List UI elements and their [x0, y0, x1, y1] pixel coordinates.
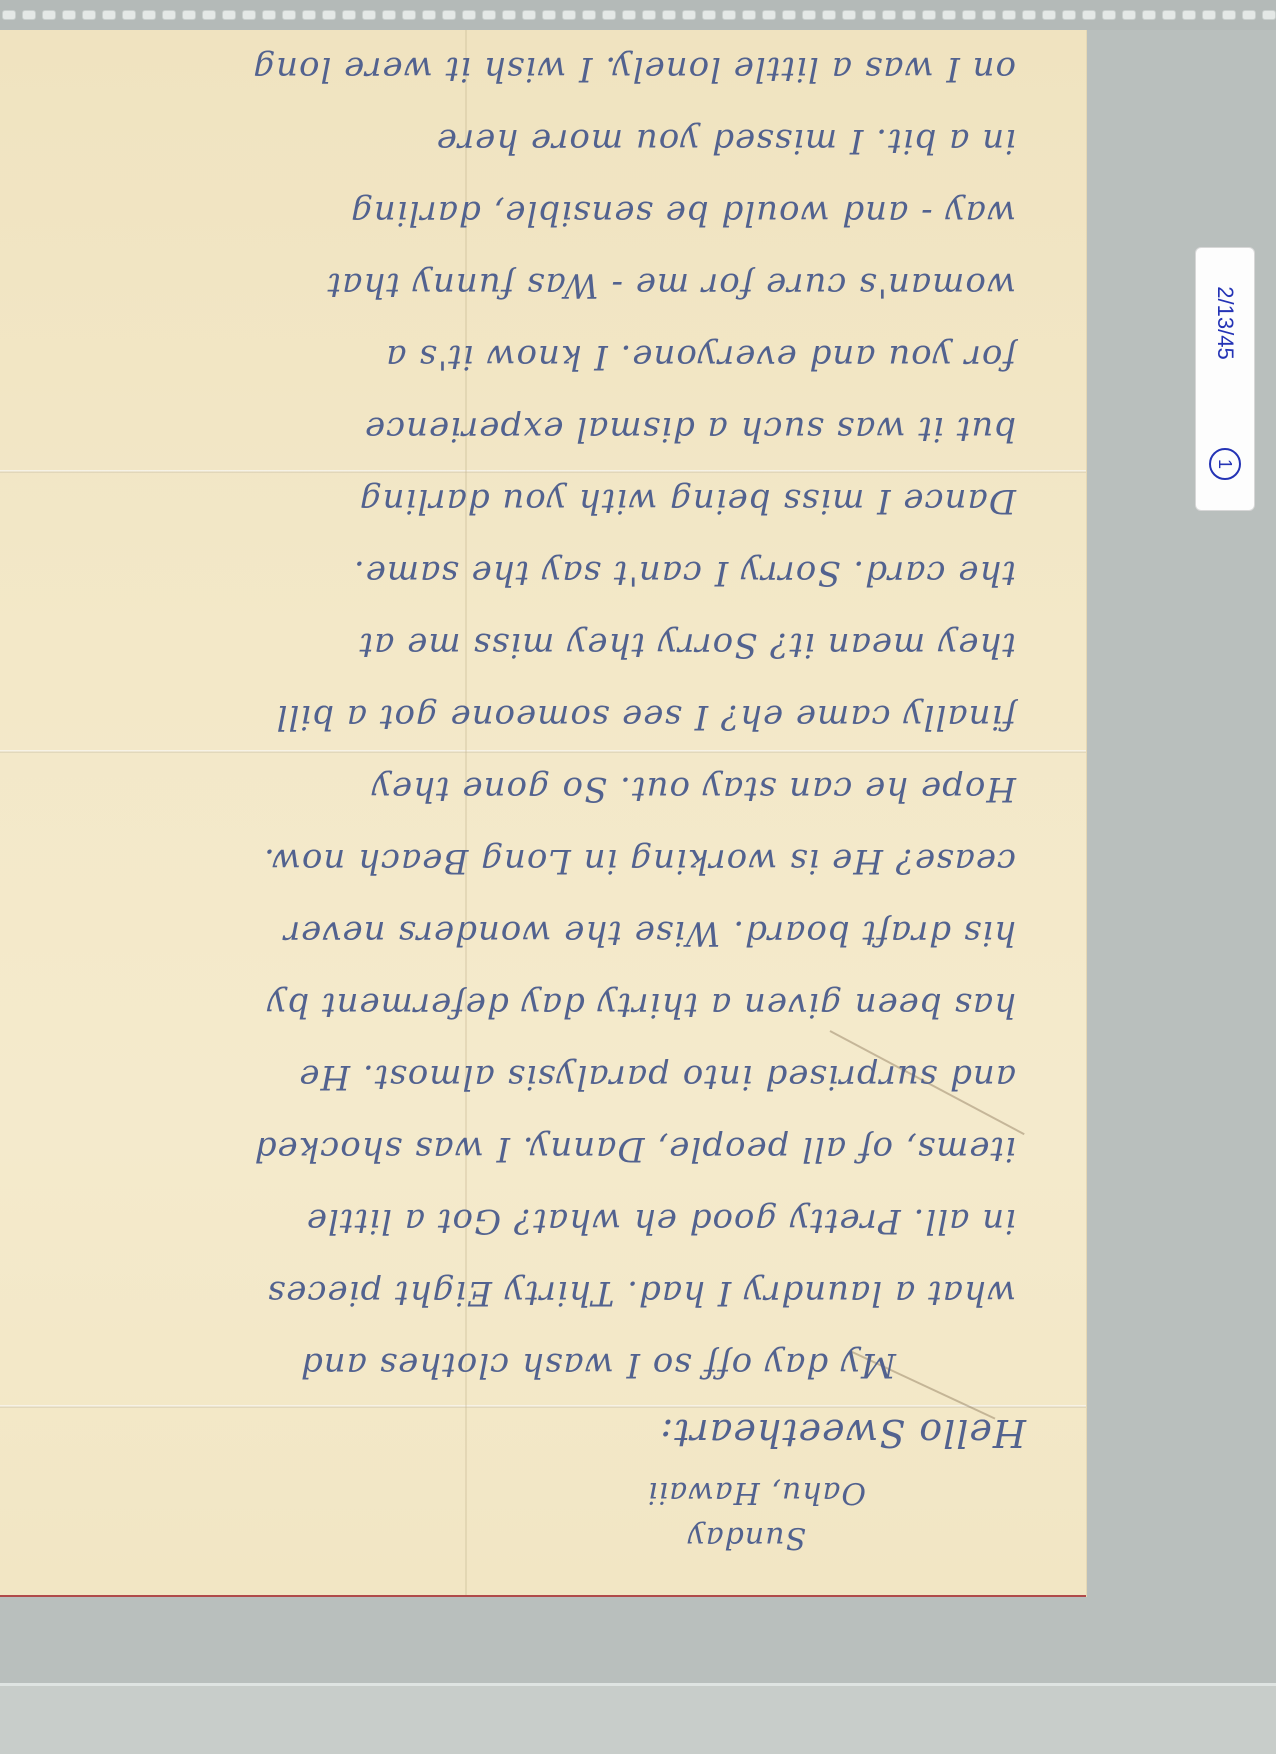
perforation-hole — [602, 10, 616, 20]
perforation-hole — [22, 10, 36, 20]
perforation-hole — [422, 10, 436, 20]
letter-line: and surprised into paralysis almost. He — [0, 1057, 1016, 1097]
letter-line: cease? He is working in Long Beach now. — [0, 841, 1016, 881]
perforation-hole — [482, 10, 496, 20]
perforation-hole — [1022, 10, 1036, 20]
perforation-hole — [42, 10, 56, 20]
letter-line: finally came eh? I see someone got a bil… — [0, 697, 1016, 737]
letter-day: Sunday — [0, 1520, 806, 1555]
archive-label: 2/13/45 1 — [1196, 248, 1254, 510]
perforation-hole — [742, 10, 756, 20]
letter-line: woman's cure for me - Was funny that — [0, 265, 1016, 305]
letter-greeting: Hello Sweetheart: — [0, 1411, 1026, 1455]
perforation-hole — [462, 10, 476, 20]
perforation-hole — [982, 10, 996, 20]
perforation-hole — [662, 10, 676, 20]
perforation-hole — [842, 10, 856, 20]
perforation-hole — [82, 10, 96, 20]
letter-line: way - and would be sensible, darling — [0, 193, 1016, 233]
perforation-hole — [1082, 10, 1096, 20]
perforation-hole — [2, 10, 16, 20]
letter-line: Hope he can stay out. So gone they — [0, 769, 1016, 809]
perforation-hole — [222, 10, 236, 20]
perforation-hole — [802, 10, 816, 20]
letter-line: items, of all people, Danny. I was shock… — [0, 1129, 1016, 1169]
perforation-hole — [1202, 10, 1216, 20]
letter-line: they mean it? Sorry they miss me at — [0, 625, 1016, 665]
perforation-hole — [1142, 10, 1156, 20]
perforation-hole — [642, 10, 656, 20]
letter-line: on I was a little lonely. I wish it were… — [0, 49, 1016, 89]
letter-line: in a bit. I missed you more here — [0, 121, 1016, 161]
letter-line: has been given a thirty day deferment by — [0, 985, 1016, 1025]
letter-line: for you and everyone. I know it's a — [0, 337, 1016, 377]
perforation-hole — [622, 10, 636, 20]
letter-line: what a laundry I had. Thirty Eight piece… — [0, 1273, 1016, 1313]
perforation-hole — [562, 10, 576, 20]
perforation-hole — [62, 10, 76, 20]
sleeve-perforations — [0, 10, 1276, 22]
perforation-hole — [382, 10, 396, 20]
perforation-hole — [682, 10, 696, 20]
perforation-hole — [1002, 10, 1016, 20]
perforation-hole — [1102, 10, 1116, 20]
perforation-hole — [142, 10, 156, 20]
letter-line: My day off so I wash clothes and — [0, 1345, 896, 1385]
perforation-hole — [1122, 10, 1136, 20]
perforation-hole — [362, 10, 376, 20]
perforation-hole — [862, 10, 876, 20]
perforation-hole — [302, 10, 316, 20]
perforation-hole — [1222, 10, 1236, 20]
perforation-hole — [1262, 10, 1276, 20]
letter-line: Dance I miss being with you darling — [0, 481, 1016, 521]
perforation-hole — [342, 10, 356, 20]
perforation-hole — [702, 10, 716, 20]
perforation-hole — [442, 10, 456, 20]
page-number-circle: 1 — [1209, 448, 1241, 480]
perforation-hole — [902, 10, 916, 20]
perforation-hole — [722, 10, 736, 20]
archive-date: 2/13/45 — [1212, 286, 1238, 359]
sleeve-top-strip — [0, 0, 1276, 30]
perforation-hole — [502, 10, 516, 20]
perforation-hole — [122, 10, 136, 20]
perforation-hole — [762, 10, 776, 20]
perforation-hole — [922, 10, 936, 20]
letter-page: Sunday Oahu, Hawaii Hello Sweetheart: My… — [0, 30, 1086, 1597]
perforation-hole — [282, 10, 296, 20]
perforation-hole — [1162, 10, 1176, 20]
perforation-hole — [262, 10, 276, 20]
perforation-hole — [242, 10, 256, 20]
perforation-hole — [102, 10, 116, 20]
letter-line: but it was such a dismal experience — [0, 409, 1016, 449]
letter-body: Sunday Oahu, Hawaii Hello Sweetheart: My… — [0, 30, 1086, 1595]
letter-place: Oahu, Hawaii — [0, 1475, 866, 1510]
perforation-hole — [1242, 10, 1256, 20]
sleeve-lower — [0, 1686, 1276, 1754]
perforation-hole — [882, 10, 896, 20]
perforation-hole — [582, 10, 596, 20]
perforation-hole — [1182, 10, 1196, 20]
perforation-hole — [402, 10, 416, 20]
letter-line: his draft board. Wise the wonders never — [0, 913, 1016, 953]
perforation-hole — [202, 10, 216, 20]
perforation-hole — [182, 10, 196, 20]
perforation-hole — [522, 10, 536, 20]
perforation-hole — [782, 10, 796, 20]
perforation-hole — [942, 10, 956, 20]
perforation-hole — [542, 10, 556, 20]
perforation-hole — [162, 10, 176, 20]
letter-line: in all. Pretty good eh what? Got a littl… — [0, 1201, 1016, 1241]
perforation-hole — [822, 10, 836, 20]
perforation-hole — [1062, 10, 1076, 20]
perforation-hole — [322, 10, 336, 20]
letter-line: the card. Sorry I can't say the same. — [0, 553, 1016, 593]
perforation-hole — [1042, 10, 1056, 20]
perforation-hole — [962, 10, 976, 20]
